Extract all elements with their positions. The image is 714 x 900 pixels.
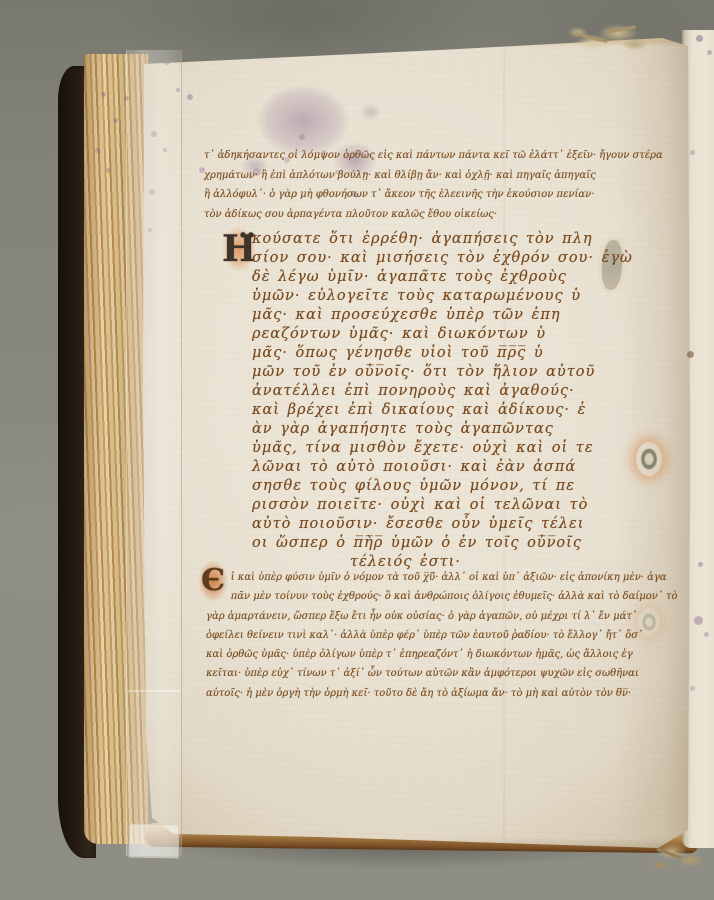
manuscript-text-line: ὰν γὰρ ἀγαπήσητε τοὺς ἀγαπῶντας xyxy=(252,420,633,439)
manuscript-text-line: οι ὥσπερ ὁ π̅ὴ̅ρ̅ ὑμῶν ὁ ἐν τοῖς οὐ̅ν̅οῖ… xyxy=(252,534,633,553)
manuscript-text-line: τὸν ἀδίκως σου ἀρπαγέντα πλοῦτον καλῶς ἔ… xyxy=(204,205,663,225)
gospel-text-block: κούσατε ὅτι ἐρρέθη· ἀγαπήσεις τὸν πλησίο… xyxy=(252,230,633,553)
manuscript-text-line: καὶ ὀρθῶς ὑμᾶς· ὑπὲρ ὀλίγων ὑπὲρ τ᾽ ἐπηρ… xyxy=(206,645,677,664)
photo-stage: τ᾽ ἀδηκήσαντες οἱ λόμψον ὀρθῶς εἰς καὶ π… xyxy=(0,0,714,900)
manuscript-text-line: κεῖται· ὑπὲρ εὐχ᾽ τίνων τ᾽ ἀξί᾽ ὧν τούτω… xyxy=(206,664,677,683)
manuscript-text-line: σίον σου· καὶ μισήσεις τὸν ἐχθρόν σου· ἐ… xyxy=(252,249,633,268)
manuscript-text-line: καὶ βρέχει ἐπὶ δικαίους καὶ ἀδίκους· ἐ xyxy=(252,401,633,420)
manuscript-text-line: ἰ καὶ ὑπὲρ φύσιν ὑμῖν ὁ νόμον τὰ τοῦ χ̅ῦ… xyxy=(231,568,678,587)
manuscript-text-line: πᾶν μὲν τοίνυν τοὺς ἐχθρούς· ὃ καὶ ἀνθρώ… xyxy=(231,587,678,606)
show-through-initial-mark xyxy=(636,442,662,476)
manuscript-text-line: ἀνατέλλει ἐπὶ πονηροὺς καὶ ἀγαθούς· xyxy=(252,382,633,401)
thread-strand xyxy=(606,25,636,33)
repair-tissue-strip-end xyxy=(129,824,180,859)
thread-strand xyxy=(656,848,681,860)
manuscript-page: τ᾽ ἀδηκήσαντες οἱ λόμψον ὀρθῶς εἰς καὶ π… xyxy=(140,34,692,854)
manuscript-text-line: τ᾽ ἀδηκήσαντες οἱ λόμψον ὀρθῶς εἰς καὶ π… xyxy=(204,146,663,166)
manuscript-text-line: γὰρ ἁμαρτάνειν, ὥσπερ ἔξω ἔτι ἦν οὐκ οὐσ… xyxy=(206,607,677,626)
upper-commentary-block: τ᾽ ἀδηκήσαντες οἱ λόμψον ὀρθῶς εἰς καὶ π… xyxy=(204,146,663,224)
manuscript-text-line: ρεαζόντων ὑμᾶς· καὶ διωκόντων ὑ xyxy=(252,325,633,344)
manuscript-text-line: δὲ λέγω ὑμῖν· ἀγαπᾶτε τοὺς ἐχθροὺς xyxy=(252,268,633,287)
manuscript-text-line: κούσατε ὅτι ἐρρέθη· ἀγαπήσεις τὸν πλη xyxy=(252,230,633,249)
illuminated-initial-eta: Η̈ xyxy=(222,226,256,272)
thread-strand xyxy=(574,32,608,43)
manuscript-text-line: χρημάτων· ἢ ἐπὶ ἁπλότων βούλῃ· καὶ θλίβῃ… xyxy=(204,166,663,186)
manuscript-text-line: λῶναι τὸ αὐτὸ ποιοῦσι· καὶ ἐὰν ἀσπά xyxy=(252,458,633,477)
manuscript-text-line: ἢ ἀλλόφυλ᾽· ὁ γὰρ μὴ φθονήσων τ᾽ ἄκεον τ… xyxy=(204,185,663,205)
repair-tissue-strip xyxy=(126,50,182,856)
manuscript-text-line: μᾶς· ὅπως γένησθε υἱοὶ τοῦ π̅ρ̅ς̅ ὑ xyxy=(252,344,633,363)
manuscript-text-line: αὐτὸ ποιοῦσιν· ἔσεσθε οὖν ὑμεῖς τέλει xyxy=(252,515,633,534)
manuscript-text-line: σησθε τοὺς φίλους ὑμῶν μόνον, τί πε xyxy=(252,477,633,496)
manuscript-text-line: ὑμᾶς, τίνα μισθὸν ἔχετε· οὐχὶ καὶ οἱ τε xyxy=(252,439,633,458)
frayed-endband-threads-top xyxy=(566,14,650,60)
manuscript-text-line: ὑμῶν· εὐλογεῖτε τοὺς καταρωμένους ὑ xyxy=(252,287,633,306)
manuscript-text-line: ὀφείλει θείνειν τινὶ καλ᾽· ἀλλὰ ὑπὲρ φέρ… xyxy=(206,626,677,645)
frayed-endband-threads-bottom xyxy=(646,834,710,878)
scattered-stain-spots xyxy=(0,0,5,5)
manuscript-text-line: μᾶς· καὶ προσεύχεσθε ὑπὲρ τῶν ἐπη xyxy=(252,306,633,325)
manuscript-text-line: αὐτοῖς· ἡ μὲν ὀργὴ τὴν ὁρμὴ κεῖ· τοῦτο δ… xyxy=(206,684,677,703)
lower-commentary-block: ἰ καὶ ὑπὲρ φύσιν ὑμῖν ὁ νόμον τὰ τοῦ χ̅ῦ… xyxy=(206,568,677,703)
manuscript-text-line: μῶν τοῦ ἐν οὐ̅ν̅οῖς· ὅτι τὸν ἥλιον αὐτοῦ xyxy=(252,363,633,382)
manuscript-text-line: ρισσὸν ποιεῖτε· οὐχὶ καὶ οἱ τελῶναι τὸ xyxy=(252,496,633,515)
